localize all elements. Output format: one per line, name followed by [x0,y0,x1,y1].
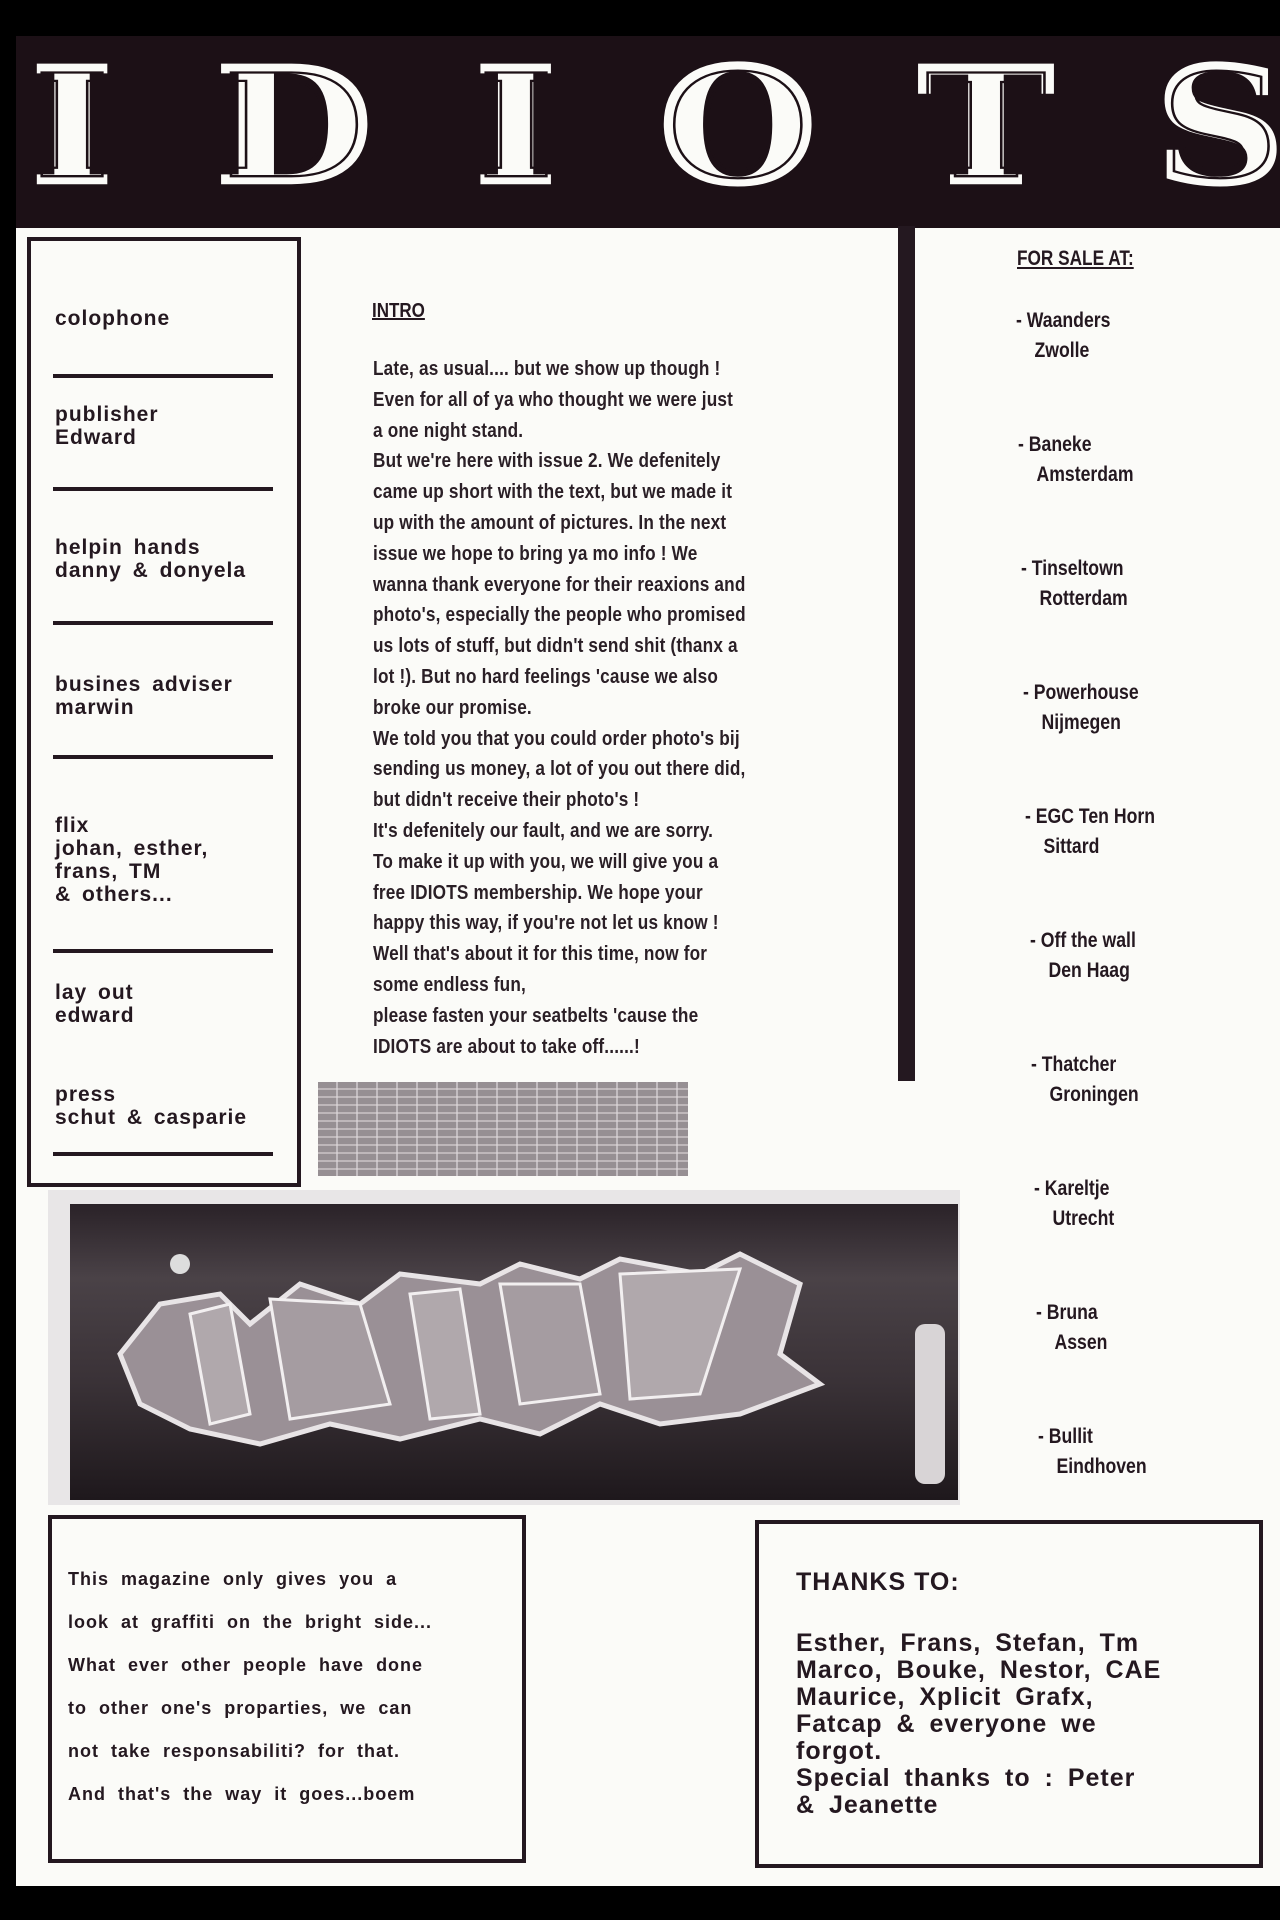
shop-name: - EGC Ten Horn [1025,805,1155,828]
shop-entry: - BanekeAmsterdam [1018,430,1134,490]
intro-line: free IDIOTS membership. We hope your [373,878,842,909]
colophon-line: edward [55,1004,135,1027]
thanks-line: Fatcap & everyone we [796,1711,1256,1738]
shop-city: Sittard [1025,832,1155,862]
disclaimer-line: to other one's proparties, we can [68,1698,412,1719]
thanks-line: Marco, Bouke, Nestor, CAE [796,1657,1256,1684]
disclaimer-line: look at graffiti on the bright side... [68,1612,432,1633]
colophon-entry: lay outedward [55,981,135,1027]
intro-line: some endless fun, [373,970,842,1001]
shop-city: Assen [1036,1328,1107,1358]
disclaimer-box: This magazine only gives you alook at gr… [48,1515,526,1863]
shop-city: Eindhoven [1038,1452,1147,1482]
intro-line: lot !). But no hard feelings 'cause we a… [373,662,842,693]
colophon-entry: busines advisermarwin [55,673,233,719]
intro-line: sending us money, a lot of you out there… [373,754,842,785]
intro-line: Late, as usual.... but we show up though… [373,354,842,385]
thanks-line: Maurice, Xplicit Grafx, [796,1684,1256,1711]
thanks-line: Special thanks to : Peter [796,1765,1256,1792]
shop-name: - Bullit [1038,1425,1093,1448]
colophon-entry: colophone [55,307,170,330]
shop-name: - Tinseltown [1021,557,1124,580]
intro-title: INTRO [372,300,425,323]
graffiti-photo [48,1190,960,1505]
colophon-line: publisher [55,403,159,426]
shop-name: - Bruna [1036,1301,1098,1324]
colophon-entry: publisherEdward [55,403,159,449]
intro-line: Even for all of ya who thought we were j… [373,385,842,416]
disclaimer-line: This magazine only gives you a [68,1569,397,1590]
thanks-body: Esther, Frans, Stefan, TmMarco, Bouke, N… [796,1630,1256,1819]
shop-entry: - BullitEindhoven [1038,1422,1147,1482]
intro-line: photo's, especially the people who promi… [373,600,842,631]
logo-letter: D [212,61,375,193]
colophon-line: busines adviser [55,673,233,696]
colophon-divider [53,1152,273,1156]
colophon-line: helpin hands [55,536,246,559]
colophon-line: marwin [55,696,233,719]
for-sale-title: FOR SALE AT: [1017,247,1134,271]
intro-line: a one night stand. [373,416,842,447]
column-divider [898,226,915,1081]
colophon-box: colophonepublisherEdwardhelpin handsdann… [27,237,301,1187]
intro-line: To make it up with you, we will give you… [373,847,842,878]
shop-name: - Off the wall [1030,929,1136,952]
shop-name-text: EGC Ten Horn [1036,805,1155,828]
intro-line: happy this way, if you're not let us kno… [373,908,842,939]
shop-entry: - EGC Ten HornSittard [1025,802,1155,862]
shop-entry: - TinseltownRotterdam [1021,554,1128,614]
colophon-line: & others... [55,883,208,906]
shop-entry: - KareltjeUtrecht [1034,1174,1114,1234]
shop-entry: - PowerhouseNijmegen [1023,678,1139,738]
colophon-line: press [55,1083,247,1106]
colophon-divider [53,755,273,759]
person-figure [915,1324,945,1484]
intro-body: Late, as usual.... but we show up though… [373,354,843,1062]
intro-line: wanna thank everyone for their reaxions … [373,570,842,601]
shop-name: - Baneke [1018,433,1092,456]
shop-name-text: Waanders [1027,309,1111,332]
colophon-line: schut & casparie [55,1106,247,1129]
shop-name-text: Baneke [1029,433,1092,456]
intro-line: please fasten your seatbelts 'cause the [373,1001,842,1032]
shop-name-text: Bruna [1047,1301,1098,1324]
shop-name: - Powerhouse [1023,681,1139,704]
intro-line: IDIOTS are about to take off......! [373,1032,842,1063]
shop-city: Utrecht [1034,1204,1114,1234]
thanks-box: THANKS TO: Esther, Frans, Stefan, TmMarc… [755,1520,1263,1868]
intro-line: came up short with the text, but we made… [373,477,842,508]
intro-line: us lots of stuff, but didn't send shit (… [373,631,842,662]
intro-line: up with the amount of pictures. In the n… [373,508,842,539]
thanks-line: forgot. [796,1738,1256,1765]
shop-name-text: Thatcher [1042,1053,1116,1076]
shop-name-text: Off the wall [1041,929,1136,952]
thanks-line: Esther, Frans, Stefan, Tm [796,1630,1256,1657]
intro-line: It's defenitely our fault, and we are so… [373,816,842,847]
shop-name-text: Bullit [1049,1425,1093,1448]
brick-wall-photo [318,1082,688,1176]
colophon-divider [53,374,273,378]
colophon-line: frans, TM [55,860,208,883]
colophon-entry: helpin handsdanny & donyela [55,536,246,582]
disclaimer-line: What ever other people have done [68,1655,423,1676]
shop-entry: - Off the wallDen Haag [1030,926,1136,986]
logo-letter: S [1152,61,1280,193]
intro-line: broke our promise. [373,693,842,724]
colophon-entry: flixjohan, esther,frans, TM& others... [55,814,208,906]
shop-entry: - WaandersZwolle [1016,306,1110,366]
thanks-title: THANKS TO: [796,1568,960,1597]
logo-letter: T [916,61,1056,193]
shop-city: Nijmegen [1023,708,1139,738]
shop-name-text: Powerhouse [1034,681,1139,704]
shop-city: Groningen [1031,1080,1139,1110]
colophon-line: danny & donyela [55,559,246,582]
shop-name: - Kareltje [1034,1177,1109,1200]
colophon-line: colophone [55,307,170,330]
colophon-line: johan, esther, [55,837,208,860]
shop-city: Den Haag [1030,956,1136,986]
shop-name: - Thatcher [1031,1053,1116,1076]
graffiti-piece-image [100,1244,900,1464]
shop-city: Zwolle [1016,336,1110,366]
intro-line: We told you that you could order photo's… [373,724,842,755]
intro-line: but didn't receive their photo's ! [373,785,842,816]
colophon-divider [53,487,273,491]
masthead-logo: I D I O T S [28,52,1280,202]
disclaimer-line: not take responsabiliti? for that. [68,1741,400,1762]
intro-line: But we're here with issue 2. We defenite… [373,446,842,477]
colophon-line: lay out [55,981,135,1004]
disclaimer-line: And that's the way it goes...boem [68,1784,415,1805]
intro-line: issue we hope to bring ya mo info ! We [373,539,842,570]
intro-line: Well that's about it for this time, now … [373,939,842,970]
shop-city: Amsterdam [1018,460,1134,490]
shop-name: - Waanders [1016,309,1110,332]
thanks-line: & Jeanette [796,1792,1256,1819]
colophon-line: flix [55,814,208,837]
shop-entry: - ThatcherGroningen [1031,1050,1139,1110]
shop-city: Rotterdam [1021,584,1128,614]
shop-name-text: Tinseltown [1032,557,1124,580]
logo-letter: I [28,61,116,193]
logo-letter: O [656,61,820,193]
shop-name-text: Kareltje [1045,1177,1110,1200]
shop-entry: - BrunaAssen [1036,1298,1107,1358]
colophon-divider [53,949,273,953]
colophon-divider [53,621,273,625]
colophon-entry: pressschut & casparie [55,1083,247,1129]
colophon-line: Edward [55,426,159,449]
logo-letter: I [472,61,560,193]
